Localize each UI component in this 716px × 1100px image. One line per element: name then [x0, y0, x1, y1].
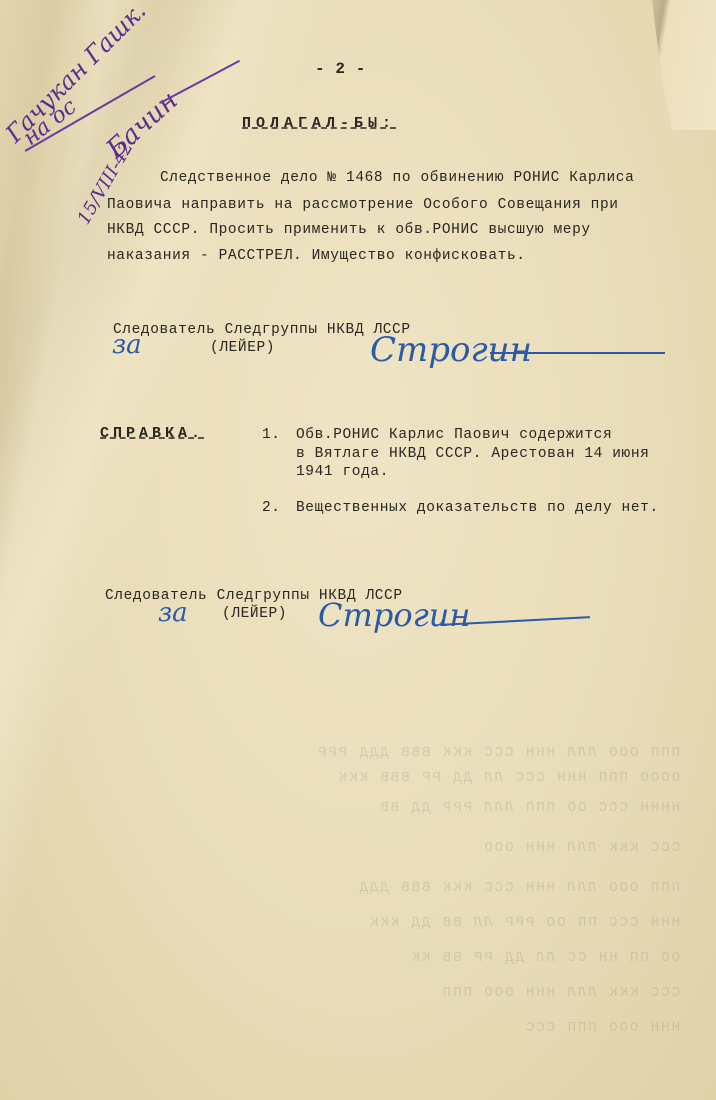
handwritten-prefix: за: [112, 330, 142, 360]
resolution-line: наказания - РАССТРЕЛ. Имущество конфиско…: [107, 248, 526, 264]
bleed-through-text: ППП ООО ЛЛЛ ННН ССС ККК ВВВ ДДД РРР: [20, 745, 680, 761]
spravka-item-line: в Вятлаге НКВД СССР. Арестован 14 июня: [296, 446, 649, 462]
bleed-through-text: ННН ССС ПП ОО РРР ЛЛ ВВ ДД ККК: [20, 915, 680, 931]
resolution-line: Следственное дело № 1468 по обвинению РО…: [160, 170, 634, 186]
bleed-through-text: ССС ККК ЛЛЛ ННН ООО: [20, 840, 680, 856]
spravka-item-line: 1941 года.: [296, 464, 389, 480]
resolution-line: НКВД СССР. Просить применить к обв.РОНИС…: [107, 222, 591, 238]
investigator-title: Следователь Следгруппы НКВД ЛССР: [113, 322, 411, 338]
page-number: - 2 -: [315, 60, 366, 78]
investigator-name: (ЛЕЙЕР): [210, 340, 275, 356]
bleed-through-text: ССС ККК ЛЛЛ ННН ООО ППП: [20, 985, 680, 1001]
handwritten-signature: Строгин: [318, 596, 470, 634]
document-page: ППП ООО ЛЛЛ ННН ССС ККК ВВВ ДДД РРР ОООО…: [0, 0, 716, 1100]
spravka-item-number: 2.: [262, 500, 281, 516]
handwritten-prefix: за: [158, 598, 188, 628]
signature-stroke: [490, 352, 665, 354]
handwritten-signature: Строгин: [370, 330, 532, 370]
resolution-line: Паовича направить на рассмотрение Особог…: [107, 197, 619, 213]
annotation-stroke: [160, 60, 240, 104]
spravka-item-line: Обв.РОНИС Карлис Паович содержится: [296, 427, 612, 443]
spravka-label: СПРАВКА.: [100, 425, 204, 442]
bleed-through-text: ННН ООО ППП ССС: [20, 1020, 680, 1036]
investigator-name: (ЛЕЙЕР): [222, 606, 287, 622]
spravka-item-number: 1.: [262, 427, 281, 443]
torn-corner-fold: [636, 0, 716, 130]
bleed-through-text: ОООО ППП ННН ССС ЛЛ ДД РР ВВВ ККК: [20, 770, 680, 786]
spravka-item-line: Вещественных доказательств по делу нет.: [296, 500, 659, 516]
document-heading: ПОЛАГАЛ-БЫ:: [242, 115, 396, 132]
bleed-through-text: ОО ПП НН СС ЛЛ ДД РР ВВ КК: [20, 950, 680, 966]
bleed-through-text: ППП ООО ЛЛЛ ННН ССС ККК ВВВ ДДД: [20, 880, 680, 896]
bleed-through-text: НННН ССС ОО ППП ЛЛЛ РРР ДД ВВ: [20, 800, 680, 816]
